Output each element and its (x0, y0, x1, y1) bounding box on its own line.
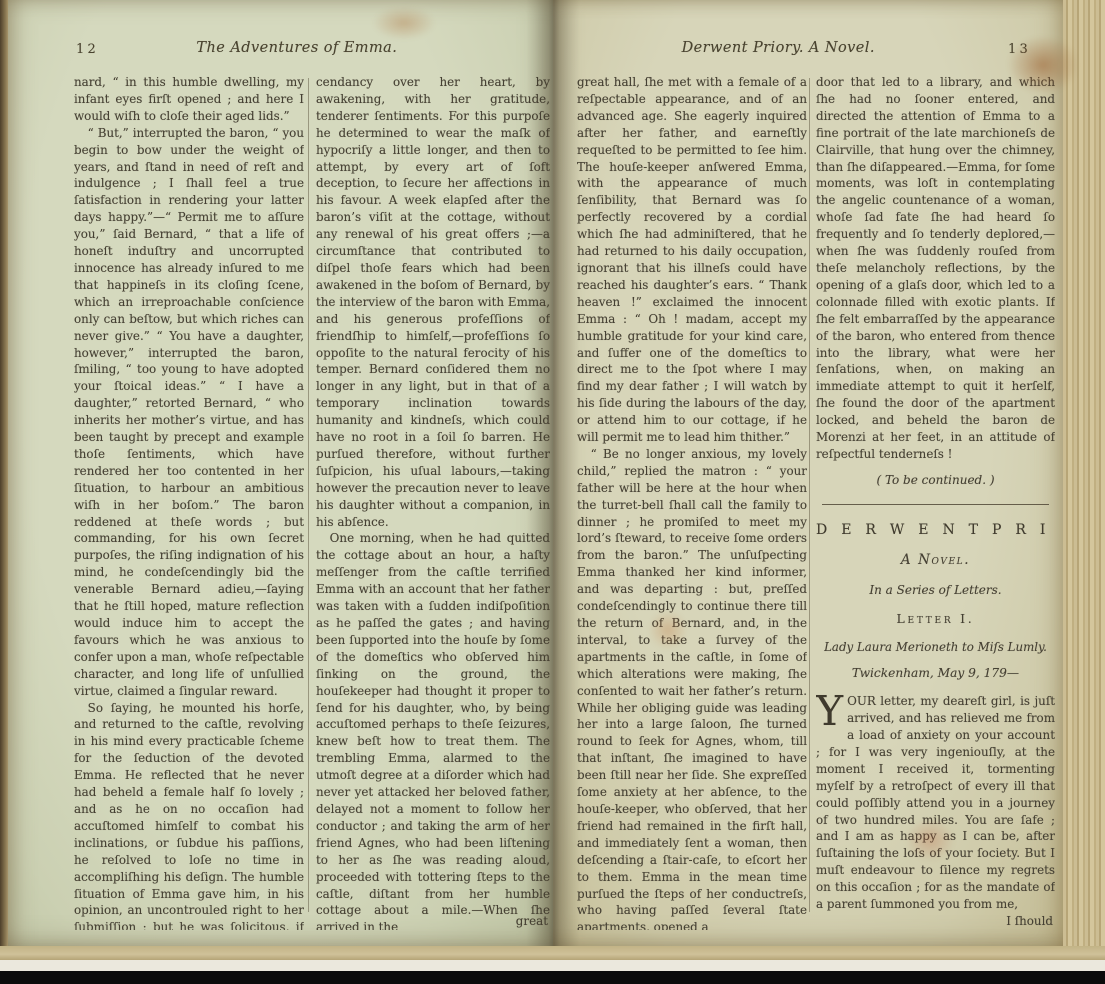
section-series-line: In a Series of Letters. (816, 582, 1055, 599)
section-subtitle: A Novel. (816, 552, 1055, 569)
left-column-divider (308, 78, 309, 912)
section-title: D E R W E N T P R I O R Y ; (816, 522, 1055, 539)
paragraph: nard, “ in this humble dwelling, my infa… (74, 74, 304, 125)
paragraph: great hall, ſhe met with a female of a r… (577, 74, 807, 446)
left-page-number: 12 (76, 42, 99, 57)
left-running-title: The Adventures of Emma. (196, 40, 397, 56)
right-page-number: 13 (1008, 42, 1031, 57)
paragraph: “ Be no longer anxious, my lovely child,… (577, 446, 807, 930)
to-be-continued: ( To be continued. ) (816, 472, 1055, 489)
section-divider-rule (822, 504, 1049, 505)
right-running-title: Derwent Priory. A Novel. (682, 40, 875, 56)
paragraph: door that led to a library, and which ſh… (816, 74, 1055, 463)
page-fore-edge (1063, 0, 1105, 958)
story-ending: door that led to a library, and which ſh… (816, 74, 1055, 463)
paragraph: cendancy over her heart, by awakening, w… (316, 74, 550, 530)
bottom-page-edges (0, 946, 1105, 960)
letter-heading: Letter I. (816, 611, 1055, 628)
letter-from-to: Lady Laura Merioneth to Miſs Lumly. (816, 639, 1055, 656)
scanner-black-strip (0, 971, 1105, 984)
left-column-1: nard, “ in this humble dwelling, my infa… (74, 74, 304, 930)
letter-dateline: Twickenham, May 9, 179— (816, 665, 1055, 682)
book-scan: 12 The Adventures of Emma. nard, “ in th… (0, 0, 1105, 984)
book-spine-edge (0, 0, 8, 960)
paragraph: So ſaying, he mounted his horſe, and ret… (74, 700, 304, 930)
left-column-2: cendancy over her heart, by awakening, w… (316, 74, 550, 930)
letter-paragraph: YOUR letter, my deareſt girl, is juſt ar… (816, 693, 1055, 913)
right-column-2: door that led to a library, and which ſh… (816, 74, 1055, 930)
letter-text: OUR letter, my deareſt girl, is juſt arr… (816, 694, 1055, 911)
right-page: Derwent Priory. A Novel. 13 great hall, … (553, 0, 1065, 948)
left-catchword: great (516, 913, 548, 930)
drop-cap: Y (816, 693, 847, 727)
right-column-1: great hall, ſhe met with a female of a r… (577, 74, 807, 930)
right-catchword: I ſhould (1006, 913, 1053, 930)
paragraph: “ But,” interrupted the baron, “ you beg… (74, 125, 304, 700)
right-column-divider (809, 78, 810, 912)
paragraph: One morning, when he had quitted the cot… (316, 530, 550, 930)
left-page: 12 The Adventures of Emma. nard, “ in th… (8, 0, 553, 948)
scanner-white-strip (0, 960, 1105, 971)
